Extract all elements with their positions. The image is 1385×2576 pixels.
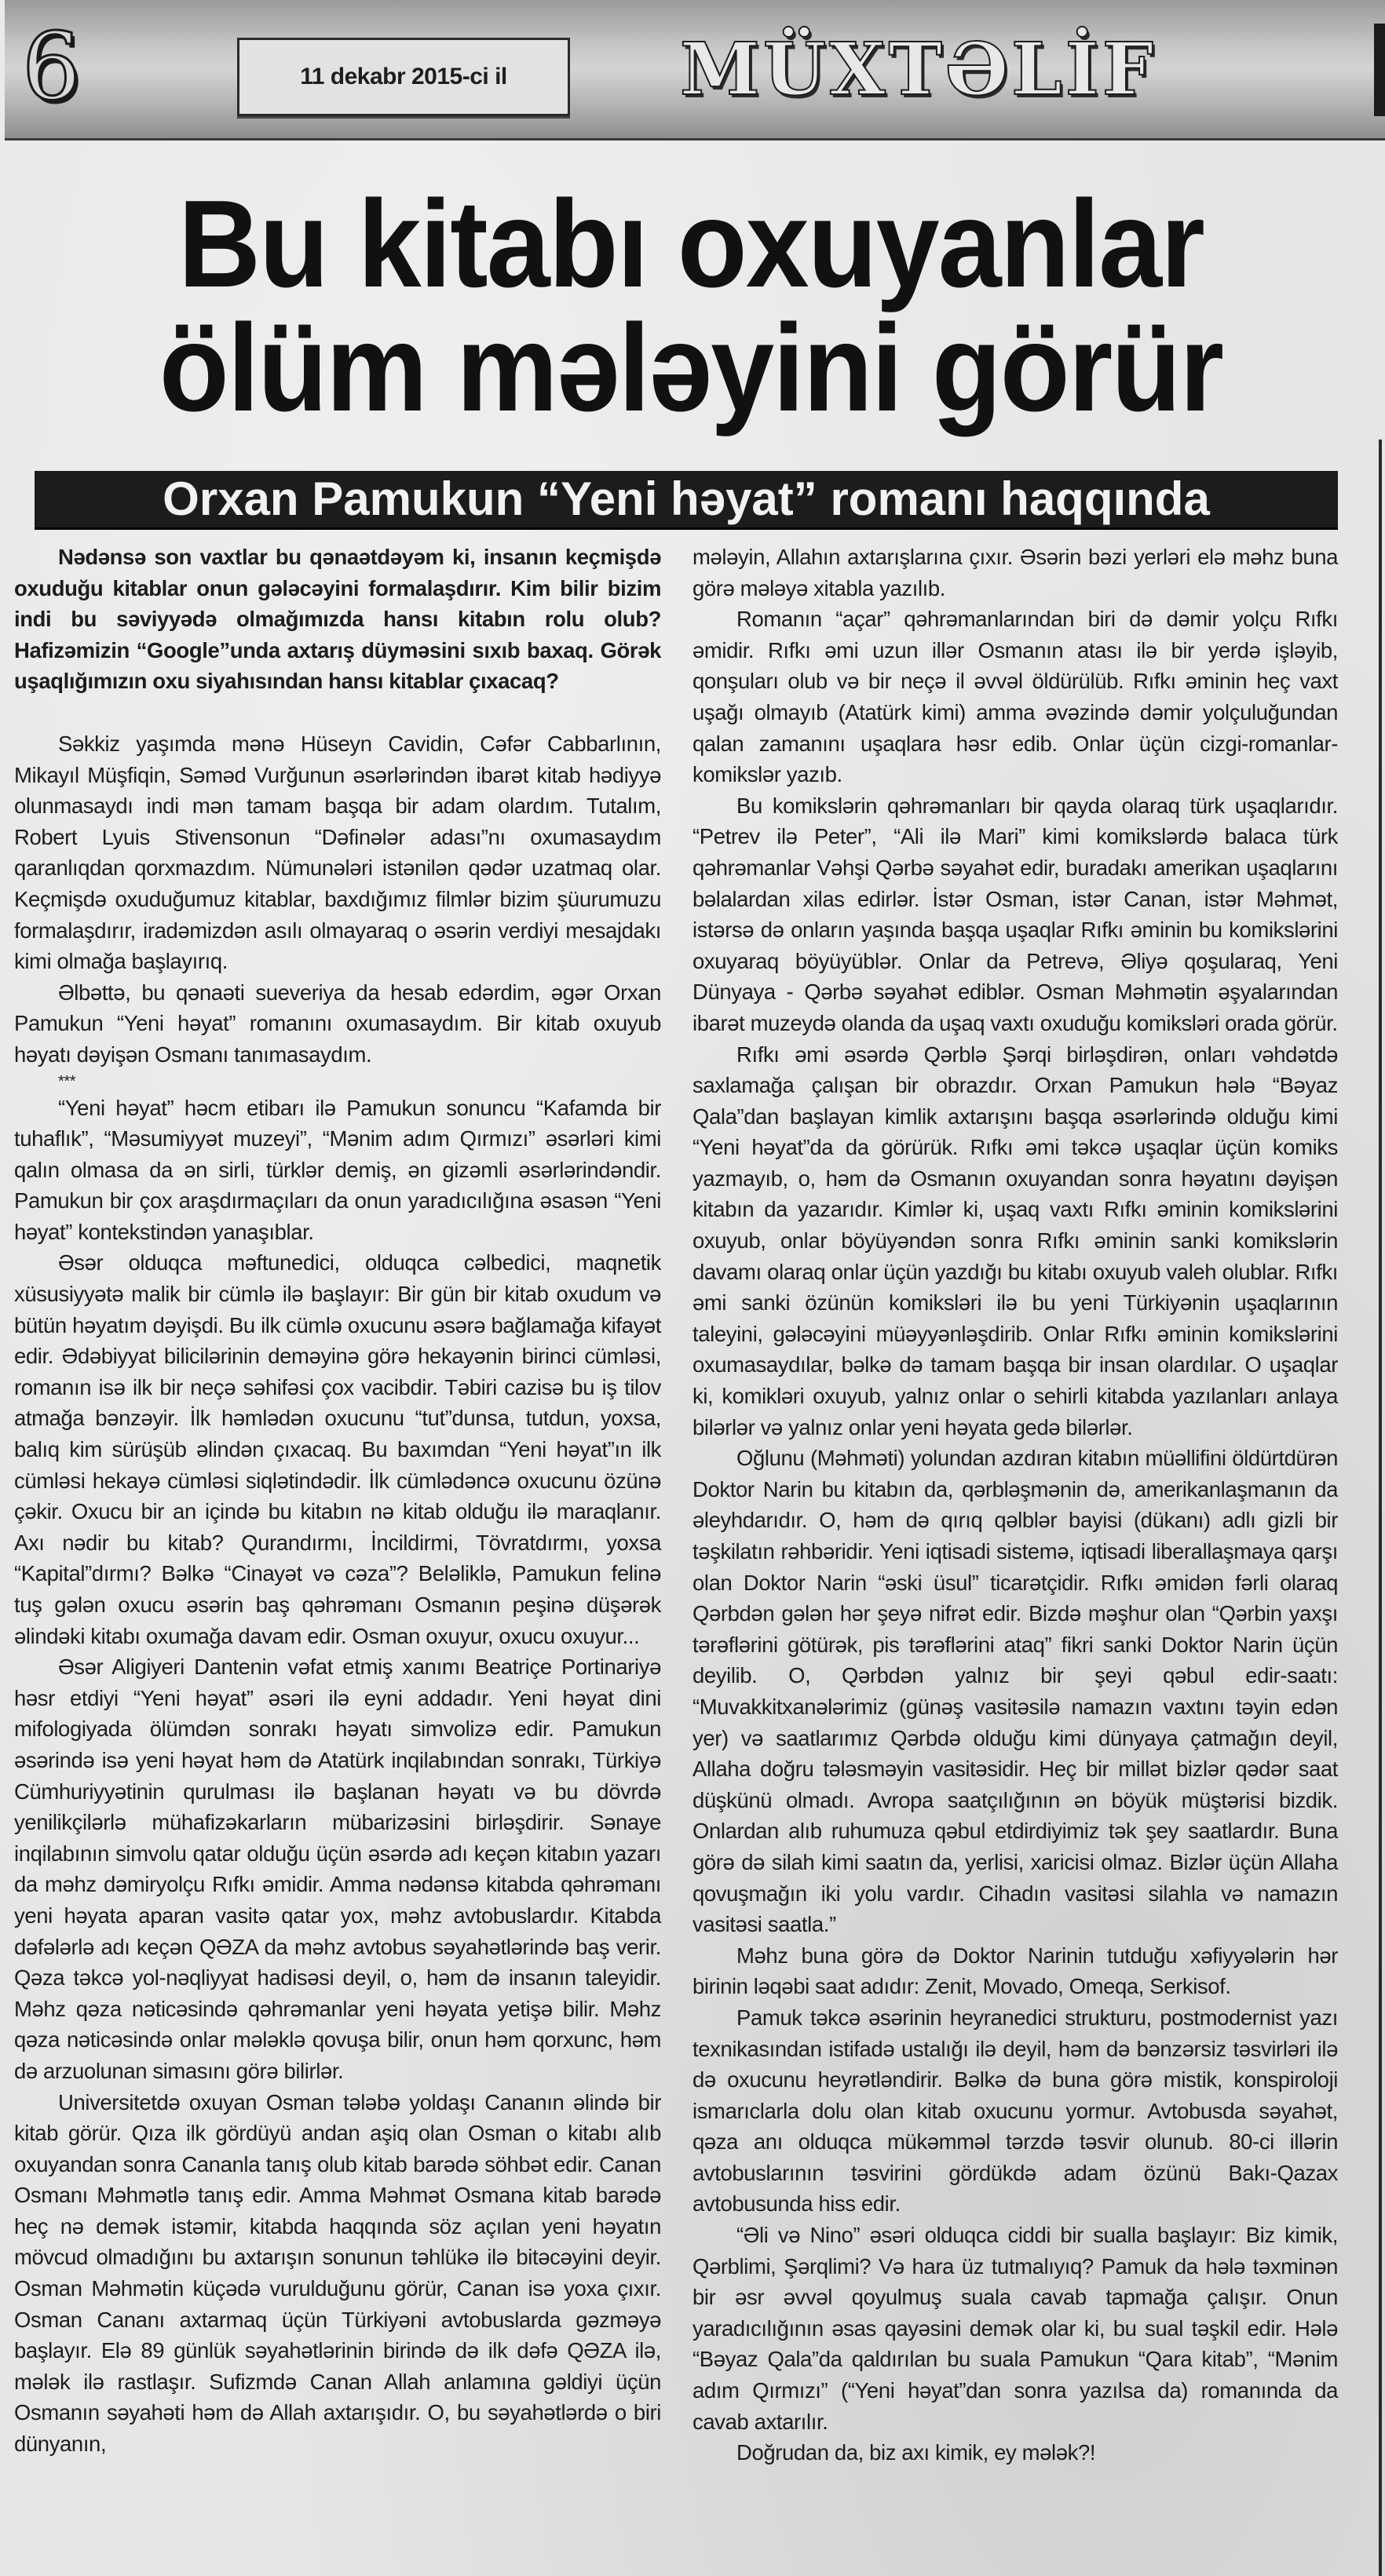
section-separator: *** <box>14 1071 661 1093</box>
paragraph: Əsər olduqca məftunedici, olduqca cəlbed… <box>14 1247 661 1651</box>
masthead: 6 11 dekabr 2015-ci il MÜXTƏLİF <box>5 0 1385 140</box>
section-title: MÜXTƏLİF <box>680 22 1230 116</box>
lead-paragraph: Nədənsə son vaxtlar bu qənaətdəyəm ki, i… <box>14 542 661 697</box>
paragraph: Bu komikslərin qəhrəmanları bir qayda ol… <box>692 790 1338 1039</box>
article-column-left: Nədənsə son vaxtlar bu qənaətdəyəm ki, i… <box>14 542 661 2460</box>
headline: Bu kitabı oxuyanlar ölüm mələyini görür <box>70 182 1312 430</box>
paragraph-continued: mələyin, Allahın axtarışlarına çıxır. Əs… <box>692 542 1338 604</box>
article-column-right: mələyin, Allahın axtarışlarına çıxır. Əs… <box>692 542 1338 2468</box>
paragraph: “Yeni həyat” həcm etibarı ilə Pamukun so… <box>14 1093 661 1248</box>
paragraph: Pamuk təkcə əsərinin heyranedici struktu… <box>692 2002 1338 2220</box>
subheadline: Orxan Pamukun “Yeni həyat” romanı haqqın… <box>35 471 1338 527</box>
paragraph: Oğlunu (Məhməti) yolundan azdıran kitabı… <box>692 1443 1338 1940</box>
closing-paragraph: Doğrudan da, biz axı kimik, ey mələk?! <box>692 2437 1338 2468</box>
issue-date: 11 dekabr 2015-ci il <box>237 38 570 116</box>
page-number: 6 <box>22 16 81 118</box>
headline-line-1: Bu kitabı oxuyanlar <box>70 182 1312 306</box>
paragraph: Əsər Aligiyeri Dantenin vəfat etmiş xanı… <box>14 1651 661 2086</box>
paragraph: Rıfkı əmi əsərdə Qərblə Şərqi birləşdirə… <box>692 1039 1338 1443</box>
paragraph: Əlbəttə, bu qənaəti sueveriya da hesab e… <box>14 977 661 1071</box>
paragraph: Romanın “açar” qəhrəmanlarından biri də … <box>692 604 1338 790</box>
paragraph: Səkkiz yaşımda mənə Hüseyn Cavidin, Cəfə… <box>14 728 661 977</box>
paragraph: Universitetdə oxuyan Osman tələbə yoldaş… <box>14 2087 661 2460</box>
page-edge-rule <box>1379 440 1382 2576</box>
paragraph: Məhz buna görə də Doktor Narinin tutduğu… <box>692 1940 1338 2002</box>
paragraph: “Əli və Nino” əsəri olduqca ciddi bir su… <box>692 2220 1338 2437</box>
headline-line-2: ölüm mələyini görür <box>70 306 1312 430</box>
newspaper-page: 6 11 dekabr 2015-ci il MÜXTƏLİF Bu kitab… <box>0 0 1385 2576</box>
edge-glyph-icon <box>1374 24 1385 116</box>
